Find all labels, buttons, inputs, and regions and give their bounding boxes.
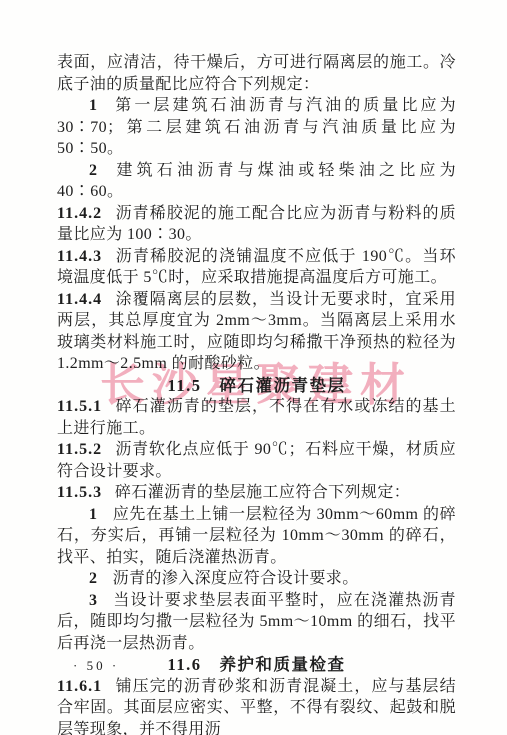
clause-number: 11.4.3 [57, 248, 102, 265]
page-number: · 50 · [73, 658, 119, 674]
item-text: 建筑石油沥青与煤油或轻柴油之比应为 40∶60。 [57, 162, 456, 201]
clause-11-5-2: 11.5.2沥青软化点应低于 90℃；石料应干燥，材质应符合设计要求。 [57, 439, 456, 482]
item-number: 2 [89, 162, 97, 179]
item-number: 2 [89, 570, 97, 587]
clause-number: 11.4.2 [57, 205, 102, 222]
clause-number: 11.6.1 [57, 678, 102, 695]
clause-11-4-2: 11.4.2沥青稀胶泥的施工配合比应为沥青与粉料的质量比应为 100∶30。 [57, 203, 456, 246]
document-page: 长沙星聚建材 表面，应清洁，待干燥后，方可进行隔离层的施工。冷底子油的质量配比应… [0, 0, 507, 735]
clause-number: 11.5.3 [57, 484, 102, 501]
paragraph-continuation: 表面，应清洁，待干燥后，方可进行隔离层的施工。冷底子油的质量配比应符合下列规定： [57, 52, 456, 95]
clause-11-5-1: 11.5.1碎石灌沥青的垫层，不得在有水或冻结的基土上进行施工。 [57, 396, 456, 439]
clause-text: 碎石灌沥青的垫层，不得在有水或冻结的基土上进行施工。 [57, 398, 456, 437]
list-item: 3当设计要求垫层表面平整时，应在浇灌热沥青后，随即均匀撒一层粒径为 5mm～10… [57, 590, 456, 655]
item-text: 沥青的渗入深度应符合设计要求。 [113, 570, 359, 587]
clause-number: 11.4.4 [57, 291, 102, 308]
clause-text: 碎石灌沥青的垫层施工应符合下列规定： [115, 484, 410, 501]
clause-text: 铺压完的沥青砂浆和沥青混凝土，应与基层结合牢固。其面层应密实、平整，不得有裂纹、… [57, 678, 456, 735]
section-heading-11-5: 11.5 碎石灌沥青垫层 [57, 375, 456, 397]
list-item: 1第一层建筑石油沥青与汽油的质量比应为 30∶70；第二层建筑石油沥青与汽油质量… [57, 95, 456, 160]
clause-11-5-3: 11.5.3碎石灌沥青的垫层施工应符合下列规定： [57, 482, 456, 504]
list-item: 1应先在基土上铺一层粒径为 30mm～60mm 的碎石，夯实后，再铺一层粒径为 … [57, 504, 456, 569]
clause-11-4-3: 11.4.3沥青稀胶泥的浇铺温度不应低于 190℃。当环境温度低于 5℃时，应采… [57, 246, 456, 289]
clause-text: 沥青稀胶泥的浇铺温度不应低于 190℃。当环境温度低于 5℃时，应采取措施提高温… [57, 248, 456, 287]
clause-text: 涂覆隔离层的层数，当设计无要求时，宜采用两层，其总厚度宜为 2mm～3mm。当隔… [57, 291, 456, 373]
clause-11-4-4: 11.4.4涂覆隔离层的层数，当设计无要求时，宜采用两层，其总厚度宜为 2mm～… [57, 289, 456, 375]
item-text: 当设计要求垫层表面平整时，应在浇灌热沥青后，随即均匀撒一层粒径为 5mm～10m… [57, 592, 456, 652]
clause-11-6-1: 11.6.1铺压完的沥青砂浆和沥青混凝土，应与基层结合牢固。其面层应密实、平整，… [57, 676, 456, 735]
clause-text: 沥青软化点应低于 90℃；石料应干燥，材质应符合设计要求。 [57, 441, 456, 480]
item-number: 1 [89, 506, 97, 523]
clause-text: 沥青稀胶泥的施工配合比应为沥青与粉料的质量比应为 100∶30。 [57, 205, 456, 244]
item-number: 3 [89, 592, 97, 609]
item-text: 第一层建筑石油沥青与汽油的质量比应为 30∶70；第二层建筑石油沥青与汽油质量比… [57, 97, 456, 157]
clause-number: 11.5.1 [57, 398, 102, 415]
list-item: 2建筑石油沥青与煤油或轻柴油之比应为 40∶60。 [57, 160, 456, 203]
item-number: 1 [89, 97, 97, 114]
page-content: 表面，应清洁，待干燥后，方可进行隔离层的施工。冷底子油的质量配比应符合下列规定：… [57, 52, 456, 735]
list-item: 2沥青的渗入深度应符合设计要求。 [57, 568, 456, 590]
clause-number: 11.5.2 [57, 441, 102, 458]
item-text: 应先在基土上铺一层粒径为 30mm～60mm 的碎石，夯实后，再铺一层粒径为 1… [57, 506, 456, 566]
intro-text: 表面，应清洁，待干燥后，方可进行隔离层的施工。冷底子油的质量配比应符合下列规定： [57, 54, 456, 93]
